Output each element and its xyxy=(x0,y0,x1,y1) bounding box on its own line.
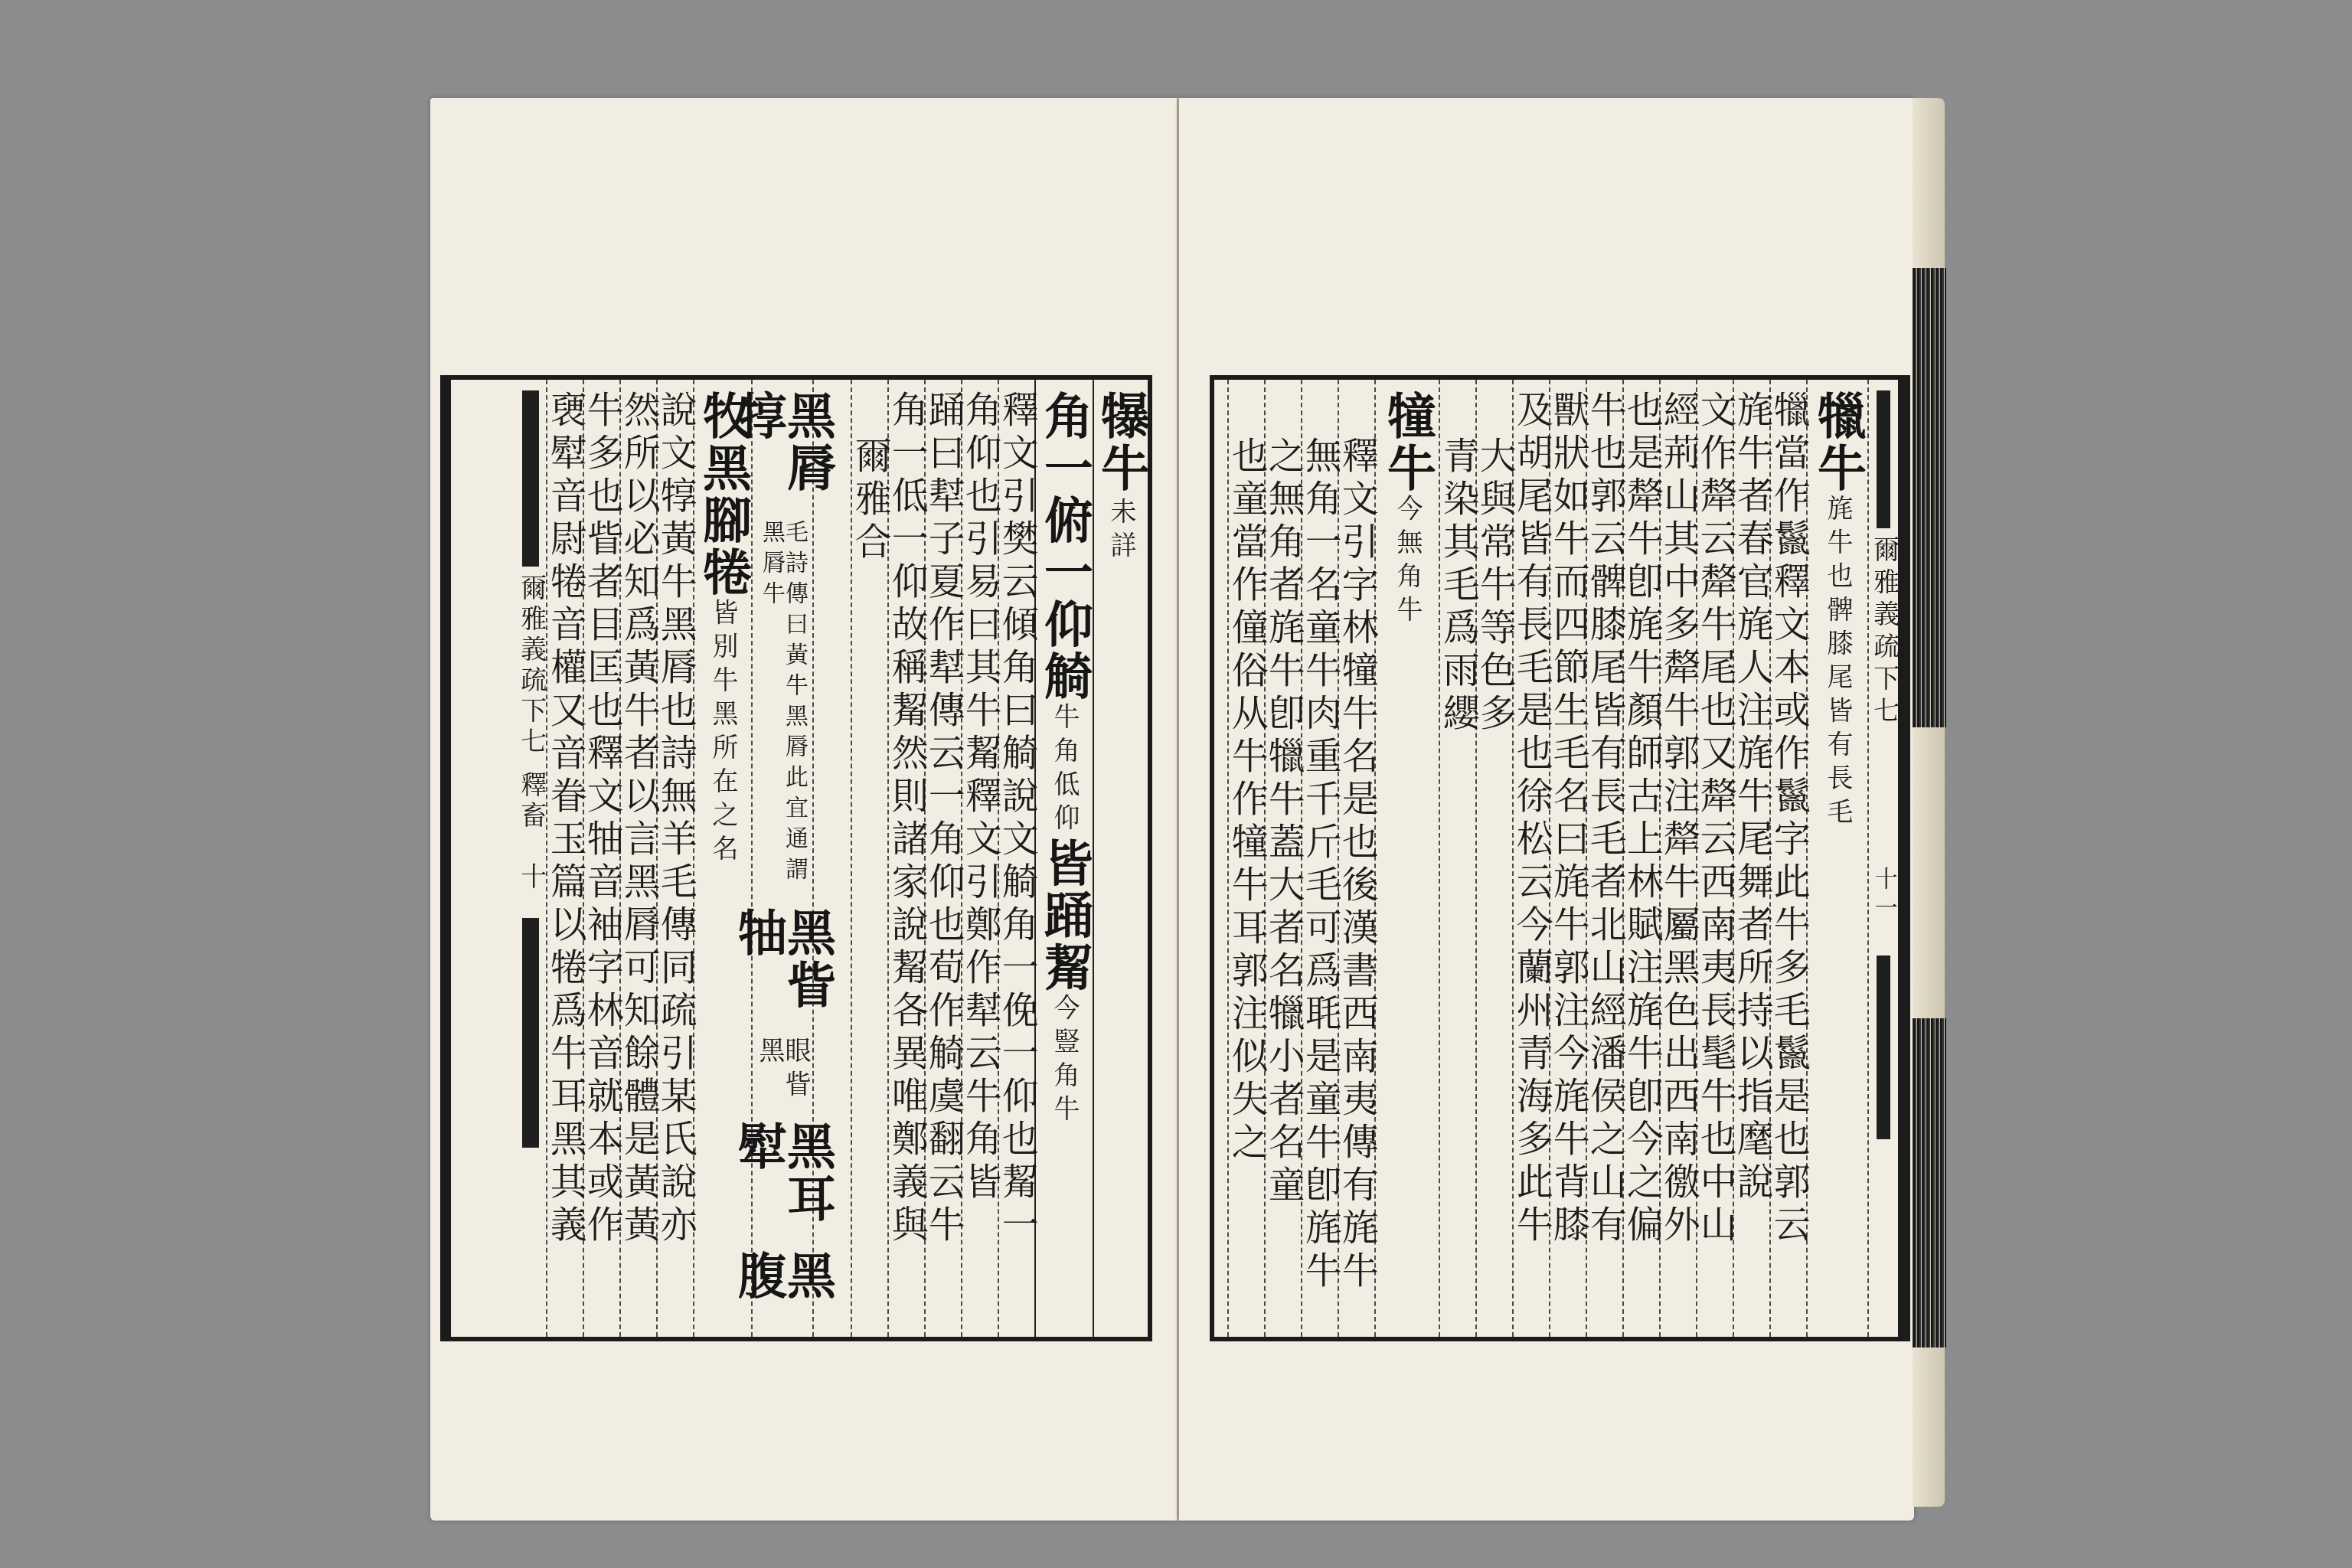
column: 也童當作僮俗从牛作犝牛耳郭注似失之 xyxy=(1227,380,1264,1337)
fishtail-mark xyxy=(1877,390,1890,528)
commentary-text: 文作犛云犛牛尾也又犛云西南夷長髦牛也中山 xyxy=(1696,390,1734,1248)
commentary-text: 角一低一仰故稱觢然則諸家說觢各異唯鄭義與 xyxy=(887,390,926,1248)
commentary-text: 之無角者旄牛卽犣牛蓋大者名犣小者名童 xyxy=(1264,390,1302,1208)
entry-note: 今無角牛 xyxy=(1394,495,1420,629)
entry-heading: 角一俯一仰觭 xyxy=(1040,390,1089,703)
fishtail-mark xyxy=(1877,955,1890,1139)
commentary-text: 釋文引樊云傾角曰觭說文觭角一俛一仰也觢一 xyxy=(998,390,1036,1248)
entry-heading: 皆踊觢 xyxy=(1040,838,1089,994)
page-edges-ink xyxy=(1913,268,1946,727)
column: 釋文引字林犝牛名是也後漢書西南夷傳有旄牛 xyxy=(1338,380,1374,1337)
column: 角一俯一仰觭 牛角低仰 皆踊觢 今豎角牛 xyxy=(1034,380,1093,1337)
entry-note: 毛詩傳曰黃牛黑脣此宜通謂黑脣牛 xyxy=(759,520,805,901)
column: 釋文引樊云傾角曰觭說文觭角一俛一仰也觢一 xyxy=(998,380,1034,1337)
column: 牛也郭云髀膝尾皆有長毛者北山經潘侯之山有 xyxy=(1586,380,1622,1337)
column: 旄牛者春官旄人注旄牛尾舞者所持以指麾說 xyxy=(1733,380,1769,1337)
commentary-text: 牛多也眥者目匡也釋文牰音袖字林音就本或作 xyxy=(583,390,621,1248)
commentary-text: 大與常牛等色多 xyxy=(1475,390,1514,737)
commentary-text: 獸狀如牛而四節生毛名曰旄牛郭注今旄牛背膝 xyxy=(1549,390,1587,1248)
commentary-text: 經荊山其中多犛牛郭注犛牛屬黑色出西南徼外 xyxy=(1659,390,1697,1248)
entry-heading: 犦牛 xyxy=(1096,390,1145,495)
column: 也是犛牛卽旄牛顏師古上林賦注旄牛卽今之偏 xyxy=(1622,380,1659,1337)
commentary-text: 踊曰犎子夏作犎傳云一角仰也荀作觭虞翻云牛 xyxy=(924,390,962,1248)
column: 角仰也引易曰其牛觢釋文引鄭作犎云牛角皆 xyxy=(961,380,998,1337)
column: 說文犉黃牛黑脣也詩無羊毛傳同疏引某氏說亦 xyxy=(656,380,693,1337)
column: 犦牛 未詳 xyxy=(1093,380,1148,1337)
column: 爾雅合 xyxy=(851,380,887,1337)
column: 牛多也眥者目匡也釋文牰音袖字林音就本或作 xyxy=(583,380,619,1337)
page-edges-ink xyxy=(1913,1018,1946,1347)
commentary-text: 也是犛牛卽旄牛顏師古上林賦注旄牛卽今之偏 xyxy=(1622,390,1661,1248)
commentary-text: 說文犉黃牛黑脣也詩無羊毛傳同疏引某氏說亦 xyxy=(656,390,694,1248)
entry-heading: 黑腳犈 xyxy=(698,443,747,599)
entry-note: 未詳 xyxy=(1108,498,1134,565)
banxin-title: 爾雅義疏下七 釋畜 xyxy=(517,574,544,832)
banxin-title: 爾雅義疏下七 xyxy=(1870,536,1897,729)
commentary-text: 也童當作僮俗从牛作犝牛耳郭注似失之 xyxy=(1227,390,1266,1165)
commentary-text: 及胡尾皆有長毛是也徐松云今蘭州青海多此牛 xyxy=(1512,390,1550,1248)
entry-heading: 犝牛 xyxy=(1383,390,1432,495)
commentary-text: 犣當作鬣釋文本或作鬣字此牛多毛鬣是也郭云 xyxy=(1769,390,1808,1248)
commentary-text: 然所以必知爲黃牛者以言黑脣可知餘體是黃黃 xyxy=(619,390,658,1248)
entry-heading: 犣牛 xyxy=(1813,390,1862,495)
column: 角一低一仰故稱觢然則諸家說觢各異唯鄭義與 xyxy=(887,380,924,1337)
column: 踊曰犎子夏作犎傳云一角仰也荀作觭虞翻云牛 xyxy=(924,380,961,1337)
fishtail-mark xyxy=(522,918,539,1148)
banxin-strip: 爾雅義疏下七 釋畜 十 xyxy=(515,380,546,1337)
entry-note: 今豎角牛 xyxy=(1051,994,1077,1129)
column: 無角一名童牛肉重千斤毛可爲毦是童牛卽旄牛 xyxy=(1301,380,1338,1337)
entry-note: 眼眥黑 xyxy=(756,1037,808,1121)
column: 牧 黑腳犈 皆別牛黑所在之名 xyxy=(693,380,751,1337)
column: 及胡尾皆有長毛是也徐松云今蘭州青海多此牛 xyxy=(1512,380,1549,1337)
commentary-text: 褏犚音尉犈音權又音眷玉篇以犈爲牛耳黑其義 xyxy=(546,390,584,1248)
commentary-text: 青染其毛爲雨纓 xyxy=(1439,390,1477,737)
commentary-text: 無角一名童牛肉重千斤毛可爲毦是童牛卽旄牛 xyxy=(1301,390,1339,1294)
fishtail-mark xyxy=(522,390,539,567)
column: 黑脣犉 毛詩傳曰黃牛黑脣此宜通謂黑脣牛 黑眥牰 眼眥黑 黑耳犚 黑腹 xyxy=(751,380,812,1337)
column: 褏犚音尉犈音權又音眷玉篇以犈爲牛耳黑其義 xyxy=(546,380,583,1337)
column: 經荊山其中多犛牛郭注犛牛屬黑色出西南徼外 xyxy=(1659,380,1696,1337)
left-text-frame: 犦牛 未詳 角一俯一仰觭 牛角低仰 皆踊觢 今豎角牛 釋文引樊云傾角曰觭說文觭角… xyxy=(440,375,1152,1341)
right-text-frame: 爾雅義疏下七 十一 犣牛 旄牛也髀膝尾皆有長毛 犣當作鬣釋文本或作鬣字此牛多毛鬣… xyxy=(1210,375,1910,1341)
commentary-text: 爾雅合 xyxy=(851,390,889,565)
page-number: 十 xyxy=(517,863,544,895)
column: 大與常牛等色多 xyxy=(1475,380,1512,1337)
entry-heading: 牧 xyxy=(698,390,747,443)
banxin-strip: 爾雅義疏下七 十一 xyxy=(1867,380,1898,1337)
column: 犝牛 今無角牛 xyxy=(1374,380,1439,1337)
commentary-text: 旄牛者春官旄人注旄牛尾舞者所持以指麾說 xyxy=(1733,390,1771,1205)
column: 青染其毛爲雨纓 xyxy=(1439,380,1475,1337)
column: 犣當作鬣釋文本或作鬣字此牛多毛鬣是也郭云 xyxy=(1769,380,1806,1337)
entry-note: 旄牛也髀膝尾皆有長毛 xyxy=(1824,495,1851,831)
commentary-text: 牛也郭云髀膝尾皆有長毛者北山經潘侯之山有 xyxy=(1586,390,1624,1248)
commentary-text: 釋文引字林犝牛名是也後漢書西南夷傳有旄牛 xyxy=(1338,390,1376,1294)
column: 犣牛 旄牛也髀膝尾皆有長毛 xyxy=(1806,380,1867,1337)
page-number: 十一 xyxy=(1871,867,1896,925)
commentary-text: 角仰也引易曰其牛觢釋文引鄭作犎云牛角皆 xyxy=(961,390,999,1205)
column: 然所以必知爲黃牛者以言黑脣可知餘體是黃黃 xyxy=(619,380,656,1337)
entry-note: 皆別牛黑所在之名 xyxy=(710,599,736,868)
entry-note: 牛角低仰 xyxy=(1051,703,1077,838)
column: 獸狀如牛而四節生毛名曰旄牛郭注今旄牛背膝 xyxy=(1549,380,1586,1337)
column: 文作犛云犛牛尾也又犛云西南夷長髦牛也中山 xyxy=(1696,380,1733,1337)
column: 之無角者旄牛卽犣牛蓋大者名犣小者名童 xyxy=(1264,380,1301,1337)
